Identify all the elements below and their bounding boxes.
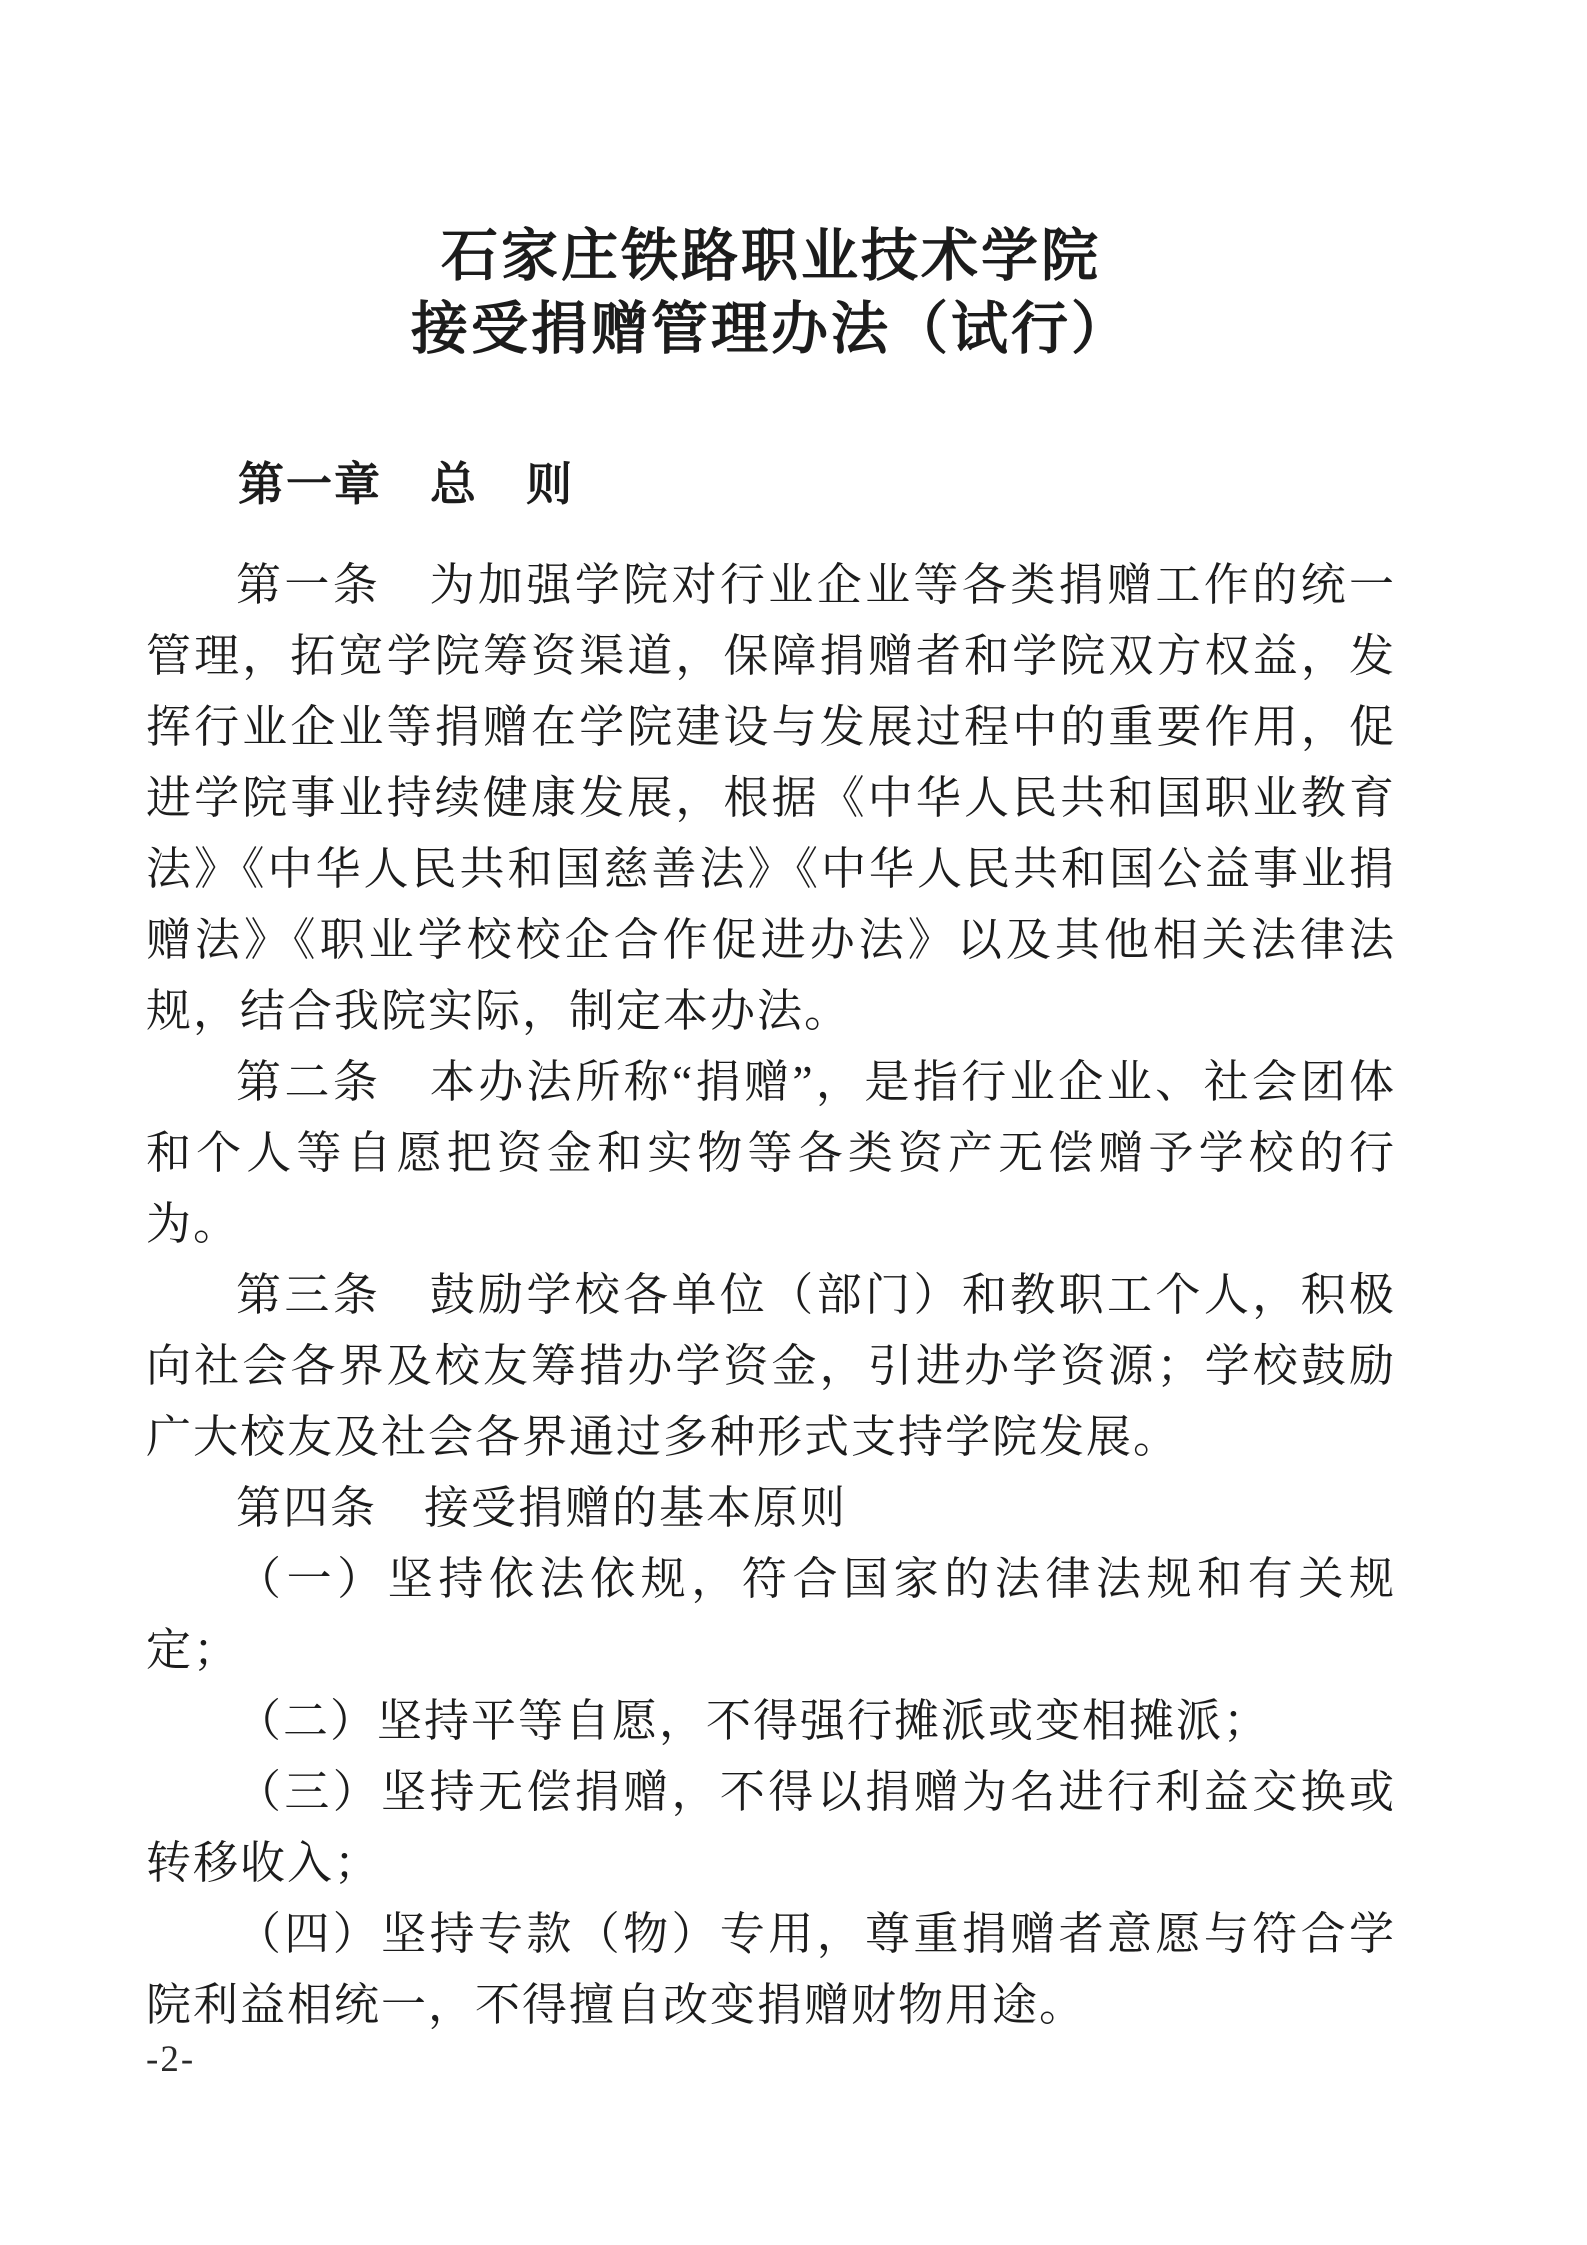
document-body: 第一条 为加强学院对行业企业等各类捐赠工作的统一管理，拓宽学院筹资渠道，保障捐赠…	[146, 550, 1396, 2041]
chapter-heading: 第一章 总 则	[146, 460, 1396, 510]
paragraph-item-4: （四）坚持专款（物）专用，尊重捐赠者意愿与符合学院利益相统一，不得擅自改变捐赠财…	[146, 1899, 1396, 2041]
paragraph-article-2: 第二条 本办法所称“捐赠”，是指行业企业、社会团体和个人等自愿把资金和实物等各类…	[146, 1047, 1396, 1260]
document-title: 石家庄铁路职业技术学院 接受捐赠管理办法（试行）	[146, 0, 1396, 366]
document-title-line-2: 接受捐赠管理办法（试行）	[146, 293, 1396, 366]
page-number: -2-	[146, 2038, 195, 2081]
paragraph-article-4: 第四条 接受捐赠的基本原则	[146, 1473, 1396, 1544]
document-content: 石家庄铁路职业技术学院 接受捐赠管理办法（试行） 第一章 总 则 第一条 为加强…	[146, 0, 1396, 2041]
paragraph-article-3: 第三条 鼓励学校各单位（部门）和教职工个人，积极向社会各界及校友筹措办学资金，引…	[146, 1260, 1396, 1473]
paragraph-article-1: 第一条 为加强学院对行业企业等各类捐赠工作的统一管理，拓宽学院筹资渠道，保障捐赠…	[146, 550, 1396, 1047]
paragraph-item-2: （二）坚持平等自愿，不得强行摊派或变相摊派；	[146, 1686, 1396, 1757]
paragraph-item-3: （三）坚持无偿捐赠，不得以捐赠为名进行利益交换或转移收入；	[146, 1757, 1396, 1899]
paragraph-item-1: （一）坚持依法依规，符合国家的法律法规和有关规定；	[146, 1544, 1396, 1686]
document-title-line-1: 石家庄铁路职业技术学院	[146, 220, 1396, 293]
document-page: 石家庄铁路职业技术学院 接受捐赠管理办法（试行） 第一章 总 则 第一条 为加强…	[0, 0, 1587, 2245]
